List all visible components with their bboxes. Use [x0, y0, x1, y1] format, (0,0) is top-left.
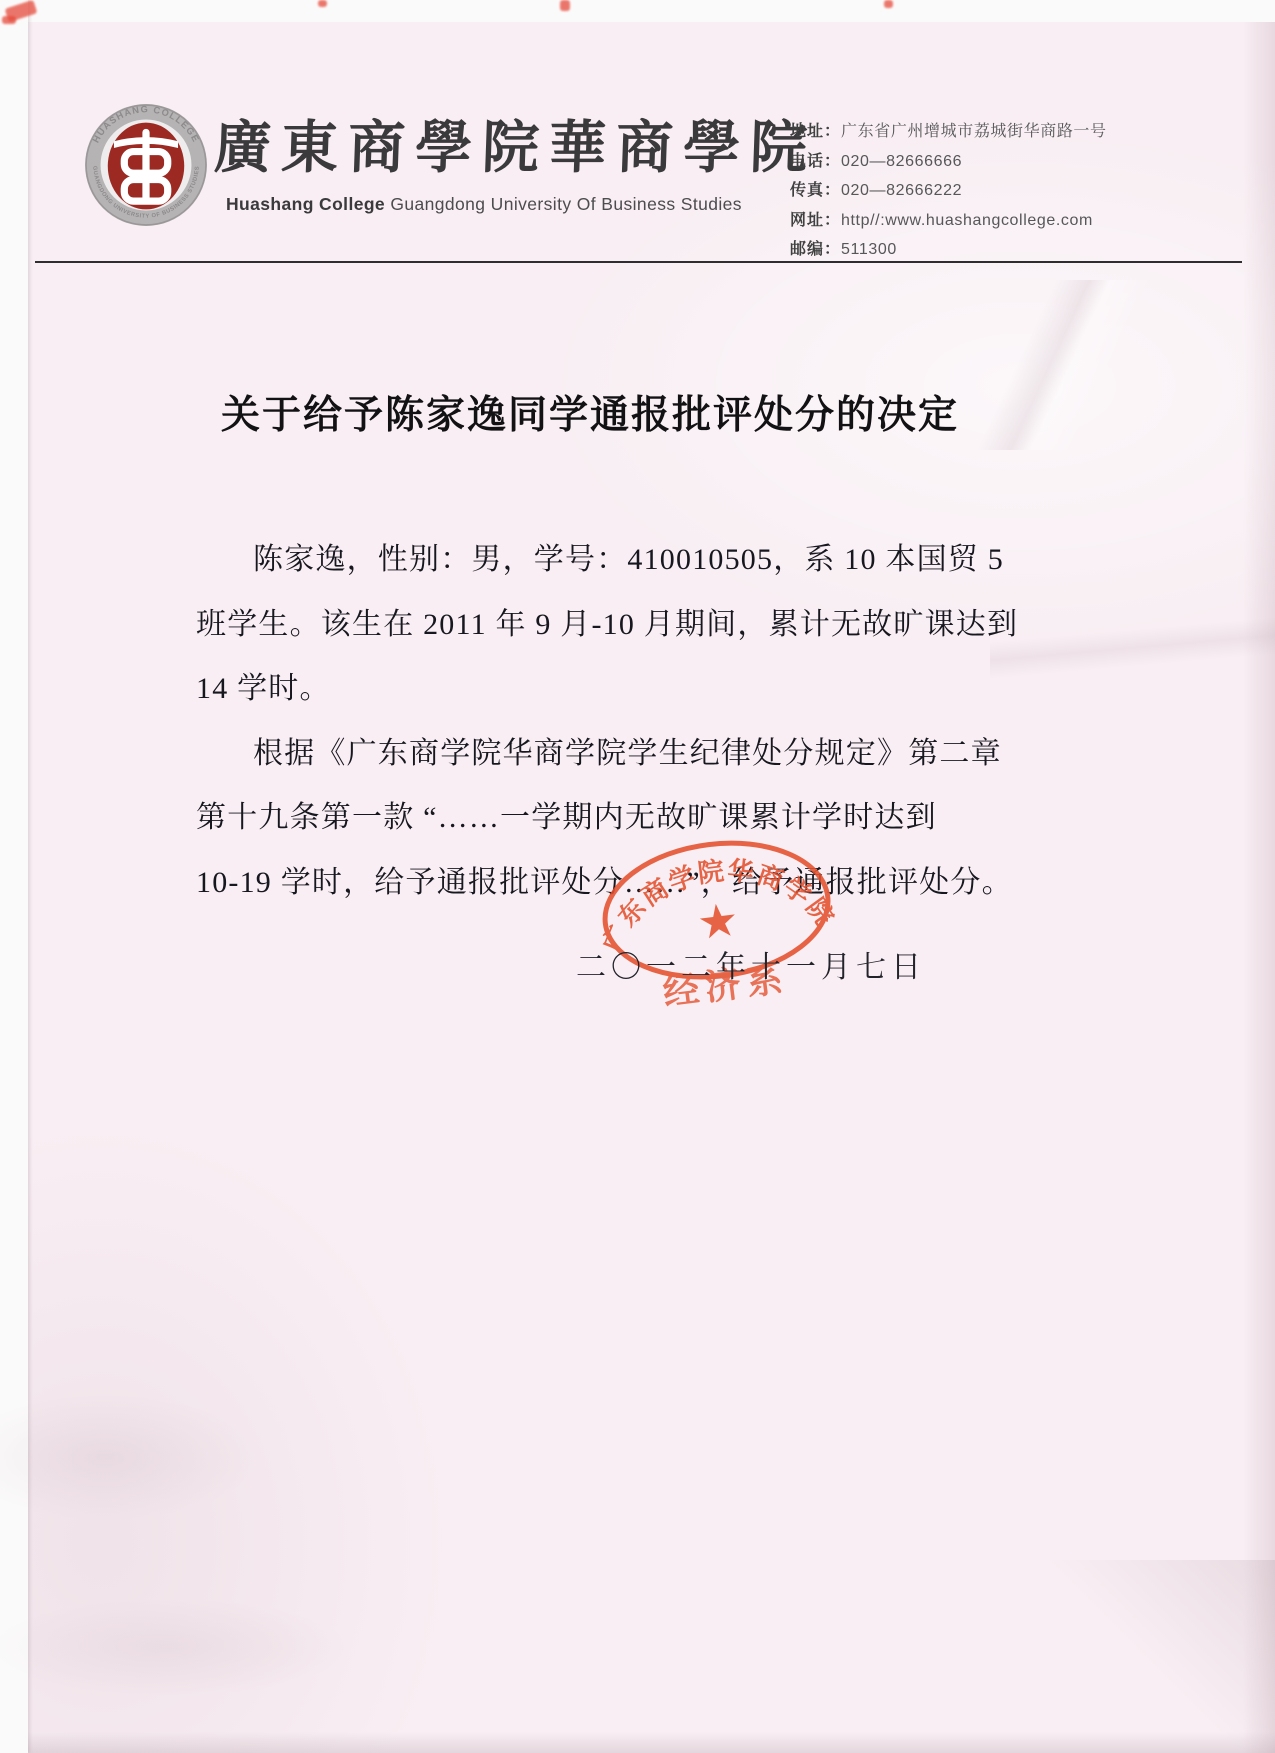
contact-label: 网址：: [790, 206, 841, 236]
letterhead-divider: [35, 261, 1242, 263]
contact-row-website: 网址：http//:www.huashangcollege.com: [790, 206, 1120, 236]
red-ink-smudge: [560, 0, 570, 11]
red-ink-smudge: [2, 16, 16, 24]
red-ink-smudge: [318, 0, 327, 7]
contact-value: http//:www.huashangcollege.com: [841, 206, 1093, 236]
scan-margin-left: [0, 0, 28, 1753]
body-line: 陈家逸，性别：男，学号：410010505，系 10 本国贸 5: [196, 528, 1026, 593]
college-name-en-bold: Huashang College: [226, 194, 385, 214]
official-stamp: 广东商学院华商学院 ★ 经济系: [584, 822, 851, 1023]
contact-label: 传真：: [790, 176, 841, 206]
document-title: 关于给予陈家逸同学通报批评处分的决定: [0, 384, 1180, 440]
logo-emblem-glyph: [114, 129, 178, 204]
body-line: 14 学时。: [196, 657, 1026, 722]
college-name-en-rest: Guangdong University Of Business Studies: [385, 194, 742, 214]
red-ink-smudge: [884, 0, 893, 8]
contact-value: 020—82666666: [841, 147, 962, 177]
contact-label: 电话：: [790, 147, 841, 177]
scan-crease: [1050, 1560, 1275, 1753]
contact-value: 020—82666222: [841, 176, 962, 206]
body-line: 根据《广东商学院华商学院学生纪律处分规定》第二章: [196, 722, 1026, 787]
contact-row-fax: 传真：020—82666222: [790, 176, 1120, 206]
scan-crease: [0, 1330, 420, 1753]
body-line: 第十九条第一款 “……一学期内无故旷课累计学时达到: [196, 786, 1026, 851]
college-names: 廣東商學院華商學院 Huashang College Guangdong Uni…: [214, 106, 789, 215]
contact-value: 广东省广州增城市荔城街华商路一号: [841, 117, 1107, 147]
college-name-zh: 廣東商學院華商學院: [212, 106, 790, 192]
contact-row-phone: 电话：020—82666666: [790, 147, 1120, 177]
scan-crease: [990, 580, 1275, 710]
stamp-star-icon: ★: [694, 893, 741, 950]
college-name-en: Huashang College Guangdong University Of…: [214, 194, 789, 215]
contact-block: 地址：广东省广州增城市荔城街华商路一号 电话：020—82666666 传真：0…: [790, 117, 1120, 265]
scan-margin-top: [0, 0, 1275, 22]
college-logo: HUASHANG COLLEGE GUANGDONG UNIVERSITY OF…: [84, 103, 208, 227]
contact-row-address: 地址：广东省广州增城市荔城街华商路一号: [790, 117, 1120, 147]
document-date: 二〇一二年十一月七日: [576, 942, 926, 986]
contact-label: 地址：: [790, 117, 841, 147]
body-line: 班学生。该生在 2011 年 9 月-10 月期间，累计无故旷课达到: [196, 593, 1026, 658]
scanned-letter-page: HUASHANG COLLEGE GUANGDONG UNIVERSITY OF…: [0, 0, 1275, 1753]
